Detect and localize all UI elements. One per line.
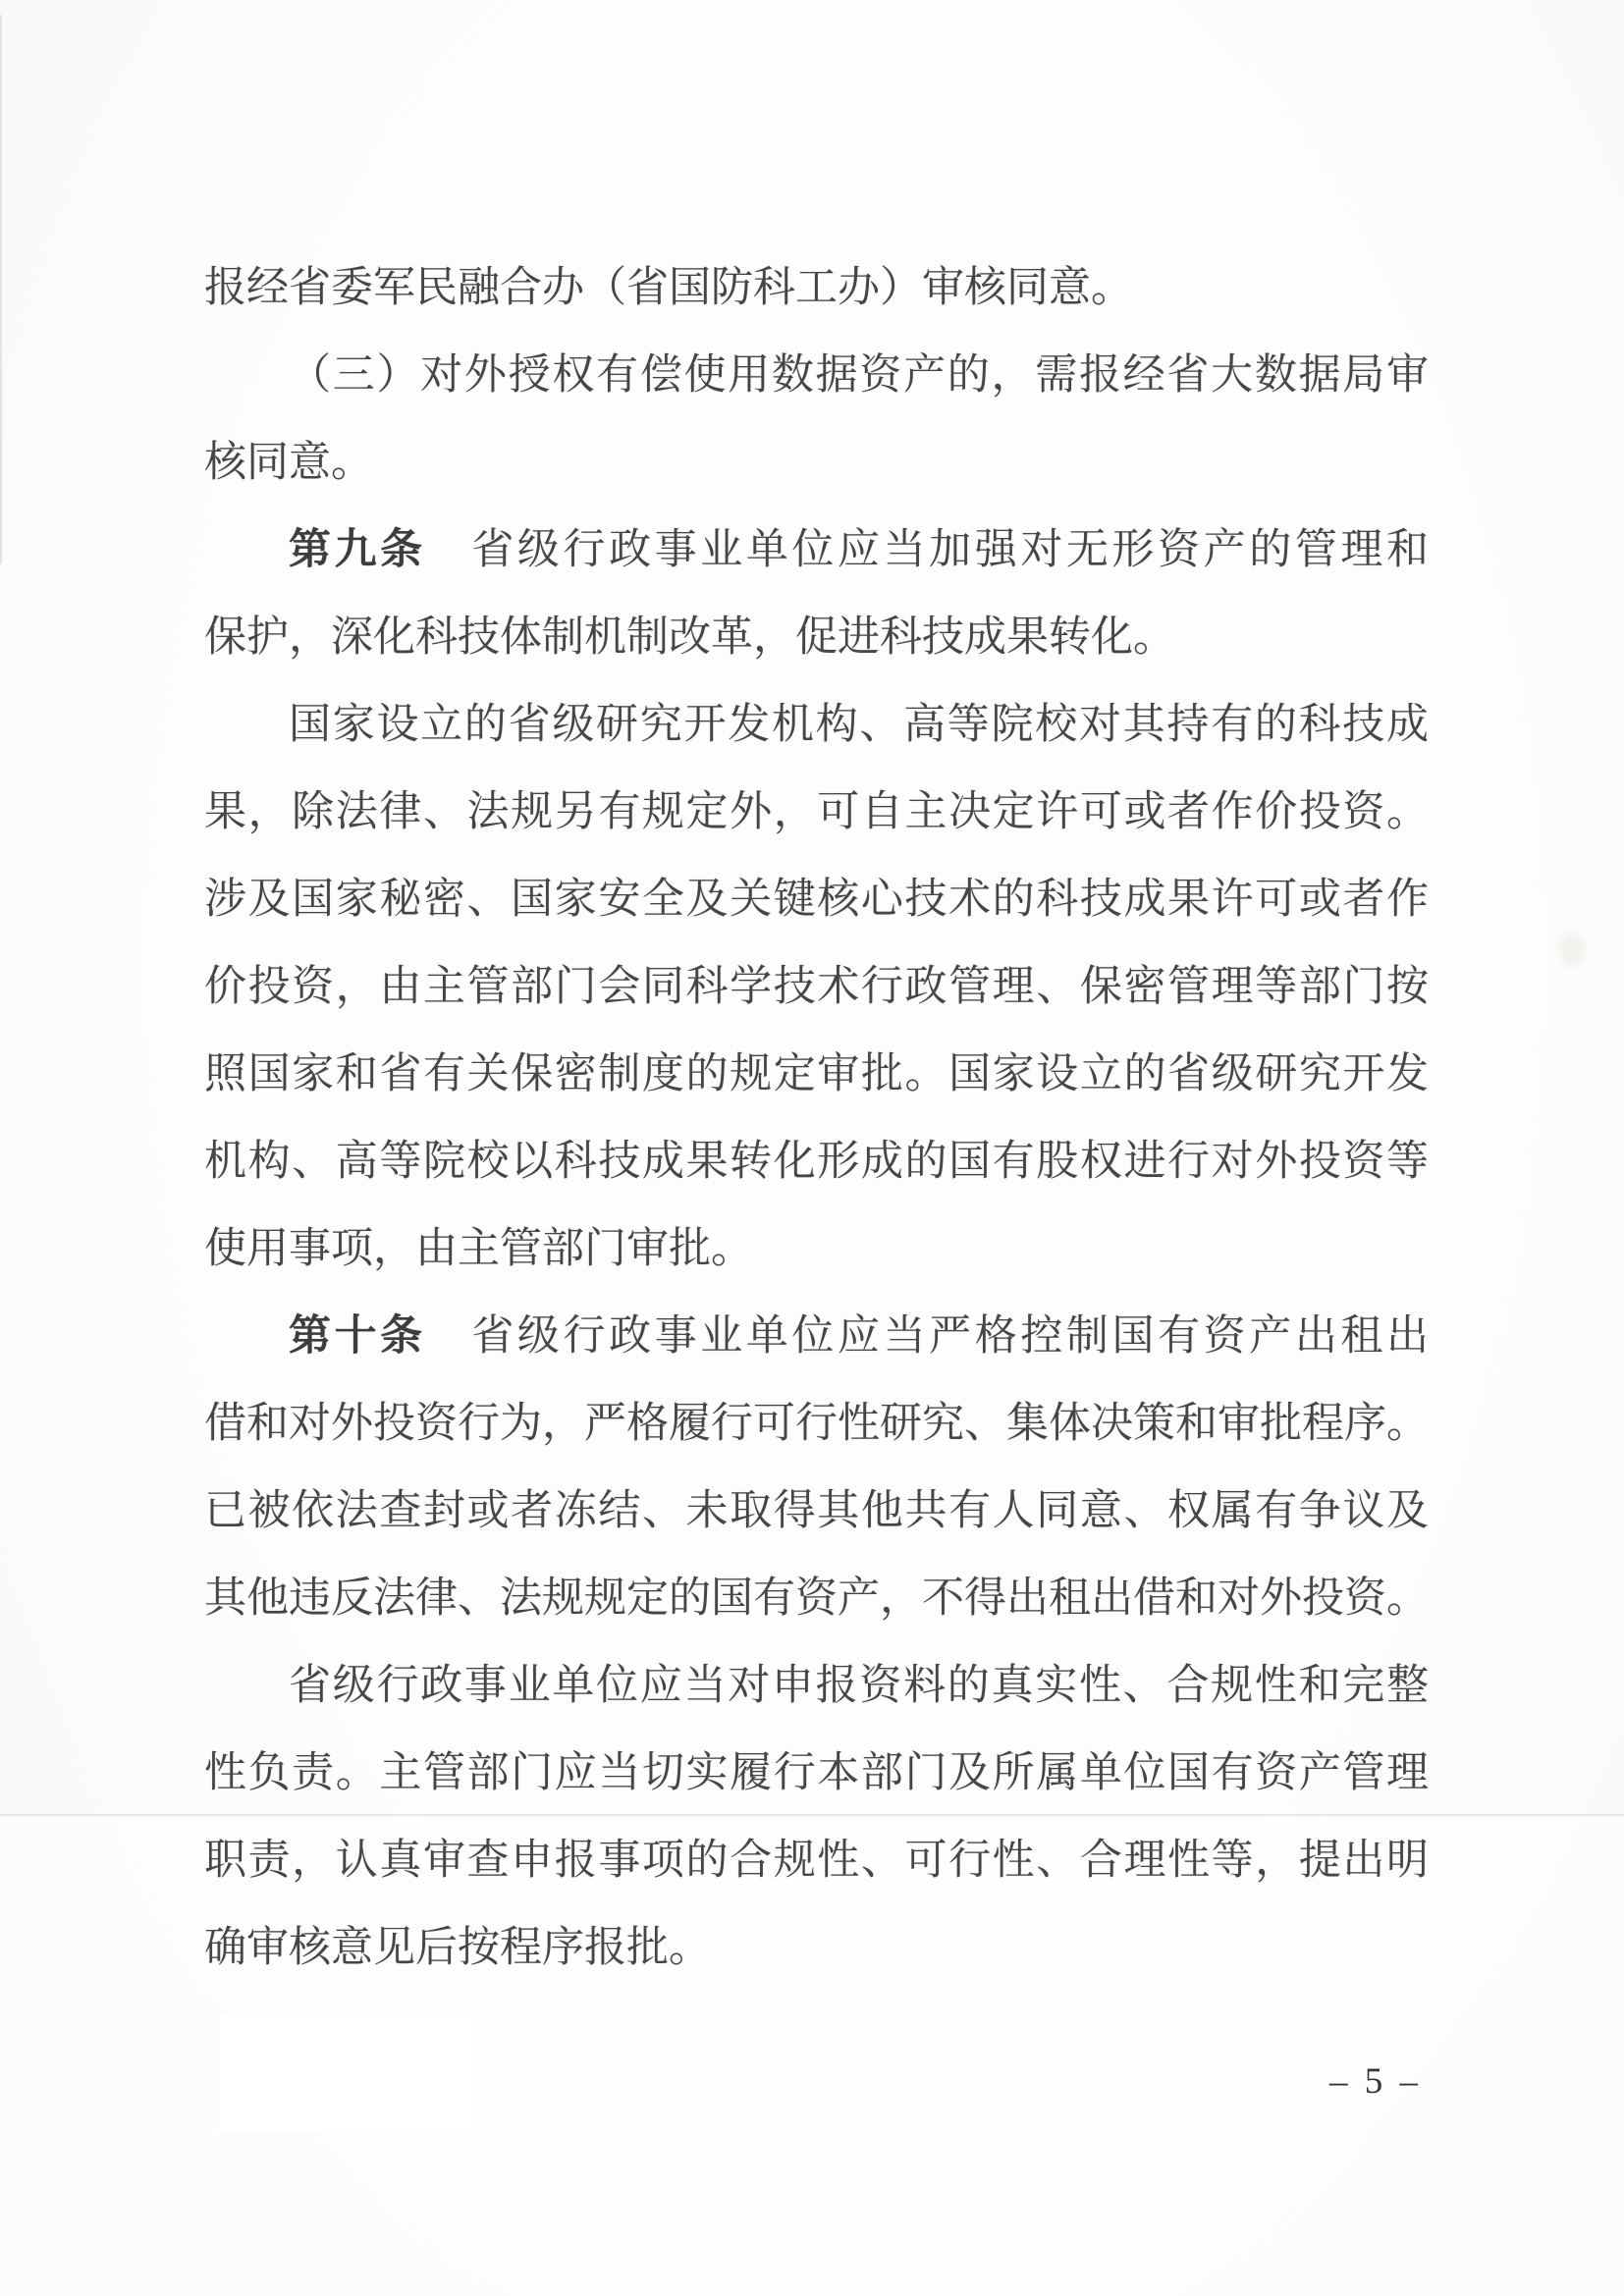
scanned-page: 报经省委军民融合办（省国防科工办）审核同意。（三）对外授权有偿使用数据资产的，需… [0, 0, 1624, 2296]
text-segment: 省级行政事业单位应当严格控制国有资产出租出 [426, 1313, 1429, 1360]
scan-edge-line [0, 15, 2, 564]
document-line: 国家设立的省级研究开发机构、高等院校对其持有的科技成 [204, 681, 1429, 769]
text-segment: 职责，认真审查申报事项的合规性、可行性、合理性等，提出明 [204, 1838, 1429, 1884]
text-segment: 照国家和省有关保密制度的规定审批。国家设立的省级研究开发 [204, 1051, 1429, 1097]
document-line: 确审核意见后按程序报批。 [204, 1904, 1429, 1992]
text-segment: 使用事项，由主管部门审批。 [204, 1226, 753, 1272]
scan-white-patch [219, 2014, 476, 2132]
document-line: 已被依法查封或者冻结、未取得其他共有人同意、权属有争议及 [204, 1468, 1429, 1555]
document-line: 报经省委军民融合办（省国防科工办）审核同意。 [204, 244, 1429, 332]
text-segment: 国家设立的省级研究开发机构、高等院校对其持有的科技成 [289, 702, 1429, 748]
document-line: （三）对外授权有偿使用数据资产的，需报经省大数据局审 [204, 332, 1429, 419]
text-segment: 报经省委军民融合办（省国防科工办）审核同意。 [204, 265, 1133, 311]
document-body: 报经省委军民融合办（省国防科工办）审核同意。（三）对外授权有偿使用数据资产的，需… [204, 244, 1429, 1992]
text-segment: 果，除法律、法规另有规定外，可自主决定许可或者作价投资。 [204, 789, 1429, 835]
text-segment: 其他违反法律、法规规定的国有资产，不得出租出借和对外投资。 [204, 1575, 1429, 1622]
document-line: 第九条 省级行政事业单位应当加强对无形资产的管理和 [204, 507, 1429, 594]
document-line: 省级行政事业单位应当对申报资料的真实性、合规性和完整 [204, 1642, 1429, 1730]
text-segment: （三）对外授权有偿使用数据资产的，需报经省大数据局审 [289, 352, 1429, 399]
text-segment: 涉及国家秘密、国家安全及关键核心技术的科技成果许可或者作 [204, 877, 1429, 923]
document-line: 机构、高等院校以科技成果转化形成的国有股权进行对外投资等 [204, 1118, 1429, 1205]
document-line: 核同意。 [204, 419, 1429, 507]
text-segment: 确审核意见后按程序报批。 [204, 1925, 711, 1971]
document-line: 使用事项，由主管部门审批。 [204, 1205, 1429, 1293]
text-segment: 省级行政事业单位应当对申报资料的真实性、合规性和完整 [289, 1663, 1429, 1709]
document-line: 涉及国家秘密、国家安全及关键核心技术的科技成果许可或者作 [204, 856, 1429, 943]
document-line: 性负责。主管部门应当切实履行本部门及所属单位国有资产管理 [204, 1730, 1429, 1817]
document-line: 果，除法律、法规另有规定外，可自主决定许可或者作价投资。 [204, 769, 1429, 856]
text-segment: 已被依法查封或者冻结、未取得其他共有人同意、权属有争议及 [204, 1488, 1429, 1534]
text-segment: 价投资，由主管部门会同科学技术行政管理、保密管理等部门按 [204, 964, 1429, 1010]
text-segment: 保护，深化科技体制机制改革，促进科技成果转化。 [204, 614, 1175, 661]
text-segment: 省级行政事业单位应当加强对无形资产的管理和 [426, 527, 1429, 573]
document-line: 照国家和省有关保密制度的规定审批。国家设立的省级研究开发 [204, 1031, 1429, 1118]
text-segment: 性负责。主管部门应当切实履行本部门及所属单位国有资产管理 [204, 1750, 1429, 1796]
text-segment: 机构、高等院校以科技成果转化形成的国有股权进行对外投资等 [204, 1139, 1429, 1185]
text-segment: 核同意。 [204, 440, 373, 486]
document-line: 第十条 省级行政事业单位应当严格控制国有资产出租出 [204, 1293, 1429, 1380]
article-number: 第九条 [289, 526, 426, 573]
article-number: 第十条 [289, 1312, 426, 1360]
page-number: – 5 – [1312, 2057, 1439, 2107]
text-segment: 借和对外投资行为，严格履行可行性研究、集体决策和审批程序。 [204, 1401, 1429, 1447]
document-line: 职责，认真审查申报事项的合规性、可行性、合理性等，提出明 [204, 1817, 1429, 1904]
document-line: 价投资，由主管部门会同科学技术行政管理、保密管理等部门按 [204, 943, 1429, 1031]
document-line: 保护，深化科技体制机制改革，促进科技成果转化。 [204, 594, 1429, 681]
scan-smudge [1559, 933, 1585, 966]
document-line: 其他违反法律、法规规定的国有资产，不得出租出借和对外投资。 [204, 1555, 1429, 1642]
document-line: 借和对外投资行为，严格履行可行性研究、集体决策和审批程序。 [204, 1380, 1429, 1468]
